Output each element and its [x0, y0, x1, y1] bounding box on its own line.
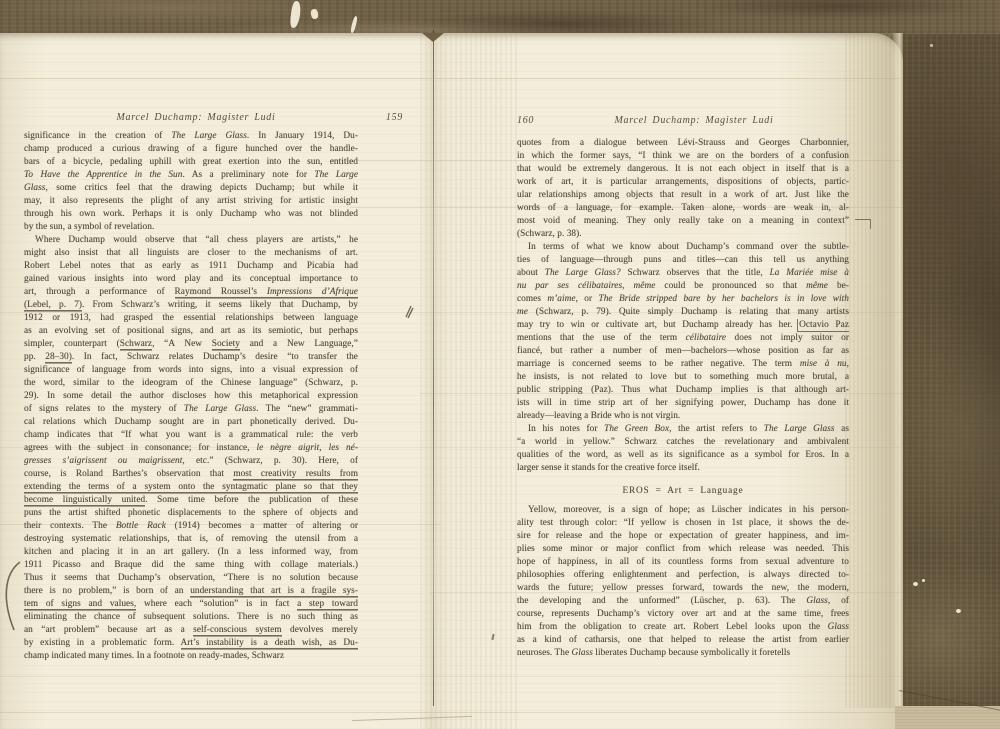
text-segment: through his own work. Perhaps it is only…	[24, 209, 358, 219]
text-line: him from the obligation to create art. R…	[517, 621, 849, 634]
text-segment: of signs relates to the mystery of	[24, 404, 184, 414]
text-segment: ality test through color: “If yellow is …	[517, 518, 849, 528]
text-line: wards the future; yellow presses forward…	[517, 582, 849, 595]
text-line: nu par ses célibataires, même could be p…	[517, 280, 849, 293]
text-segment: an “art problem” because art as a	[24, 625, 193, 635]
text-segment: 1911 Picasso and Braque did the same thi…	[24, 560, 358, 570]
pen-underlined-text: extending the terms of a system onto the…	[24, 482, 358, 492]
left-page-header: Marcel Duchamp: Magister Ludi 159	[24, 112, 358, 127]
text-segment: most void of meaning. They only really t…	[517, 216, 849, 226]
pen-underlined-text: become linguistically united	[24, 495, 145, 505]
text-segment: art, through a performance of	[24, 287, 175, 297]
text-segment: as an evolving set of positional signs, …	[24, 326, 358, 336]
text-segment: . From Schwarz’s writing, it seems likel…	[82, 300, 358, 310]
text-line: In terms of what we know about Duchamp’s…	[517, 241, 849, 254]
text-segment: ,	[847, 359, 849, 369]
text-line: in which the former says, “I think we ar…	[517, 150, 849, 163]
text-segment: significance in the creation of	[24, 131, 171, 141]
text-segment: already—leaving a Bride who is not virgi…	[517, 411, 680, 421]
text-segment: by existing in a problematic form.	[24, 638, 181, 648]
text-line: Glass, some critics feel that the drawin…	[24, 182, 358, 195]
text-segment: ties of language—through puns and titles…	[517, 255, 849, 265]
gutter-top-notch	[422, 33, 444, 42]
text-segment: and a New Language,”	[240, 339, 358, 349]
text-segment: sire for release and the hope or expecta…	[517, 531, 849, 541]
text-line: plies some minor or major conflict from …	[517, 543, 849, 556]
text-segment: , or	[576, 294, 599, 304]
text-segment: words of a language, for example. Taken …	[517, 203, 849, 213]
text-segment: cal relations which Duchamp sought are i…	[24, 417, 358, 427]
text-segment: as	[835, 424, 849, 434]
text-segment: m’aime	[547, 294, 575, 304]
pen-underlined-text: a step toward	[297, 599, 358, 609]
text-line: by the sun, a symbol of revelation.	[24, 221, 358, 234]
text-segment: wards the future; yellow presses forward…	[517, 583, 849, 593]
text-segment: liberates Duchamp because symbolically i…	[593, 648, 790, 658]
pen-underlined-text: self-conscious system	[193, 625, 281, 635]
text-line: In his notes for The Green Box, the arti…	[517, 423, 849, 436]
text-segment: Bottle Rack	[116, 521, 166, 531]
text-line: simpler, counterpart (Schwarz, “A New So…	[24, 338, 358, 351]
text-segment: puns the artist shifted phonetic displac…	[24, 508, 358, 518]
text-line: bars of a bicycle, pedaling uphill with …	[24, 156, 358, 169]
text-segment: champ produced a curious drawing of a fi…	[24, 144, 358, 154]
text-line: public stripping (Paz). Thus what Ducham…	[517, 384, 849, 397]
text-line: their contexts. The Bottle Rack (1914) b…	[24, 520, 358, 533]
text-segment: pp.	[24, 352, 45, 362]
text-segment: The Bride stripped bare by her bachelors…	[599, 294, 849, 304]
text-line: Thus it seems that Duchamp’s observation…	[24, 572, 358, 585]
text-segment: ists will in time strip art of her signi…	[517, 398, 849, 408]
text-line: hope of happiness, in all of its countle…	[517, 556, 849, 569]
text-segment: Robert Lebel notes that as early as 1911…	[24, 261, 358, 271]
text-segment: he insists, is not related to love but t…	[517, 372, 849, 382]
text-segment: The Large Glass	[184, 404, 256, 414]
text-segment: might also insist that all linguists are…	[24, 248, 358, 258]
text-segment: The Green Box	[604, 424, 669, 434]
pen-underlined-text: Schwarz	[120, 339, 152, 349]
text-line: mentions that the use of the term céliba…	[517, 332, 849, 345]
text-segment: champ indicates that “If what you want i…	[24, 430, 358, 440]
pen-gutter-mark	[404, 305, 414, 319]
text-line: gresses s’aigrissent ou maigrissent, etc…	[24, 455, 358, 468]
text-segment: célibataire	[686, 333, 726, 343]
left-page-text-column: significance in the creation of The Larg…	[24, 130, 358, 663]
text-line: marriage is concerned seems to be rather…	[517, 358, 849, 371]
text-line: significance in the creation of The Larg…	[24, 130, 358, 143]
section-heading: EROS = Art = Language	[517, 485, 849, 498]
text-segment: kitchen and placing it in an art gallery…	[24, 547, 358, 557]
text-segment: Glass	[828, 622, 849, 632]
text-segment: Schwarz observes that the title,	[621, 268, 770, 278]
text-segment: agrees with the subject in consonance; f…	[24, 443, 257, 453]
text-line: become linguistically united. Some time …	[24, 494, 358, 507]
text-line: Yellow, moreover, is a sign of hope; as …	[517, 504, 849, 517]
text-segment: mentions that the use of the term	[517, 333, 686, 343]
text-segment: The Large Glass	[171, 131, 247, 141]
text-segment: The Large	[314, 170, 358, 180]
text-segment: be-	[828, 281, 849, 291]
text-segment: nu par ses célibataires, même	[517, 281, 655, 291]
text-line: the developing and the unformed” (Lüsche…	[517, 595, 849, 608]
text-segment: Where Duchamp would observe that “all ch…	[35, 235, 358, 245]
text-line: eliminating the chance of subsequent sol…	[24, 611, 358, 624]
text-line: by existing in a problematic form. Art’s…	[24, 637, 358, 650]
text-line: puns the artist shifted phonetic displac…	[24, 507, 358, 520]
page-gutter-crease	[433, 30, 434, 706]
text-segment: In his notes for	[528, 424, 604, 434]
text-line: “a world in yellow.” Schwarz catches the…	[517, 436, 849, 449]
text-line: sire for release and the hope or expecta…	[517, 530, 849, 543]
text-segment: there is no problem,” is born of an	[24, 586, 190, 596]
text-line: comes m’aime, or The Bride stripped bare…	[517, 293, 849, 306]
text-line: work of art, it is particular arrangemen…	[517, 176, 849, 189]
scan-artifact-line	[0, 676, 903, 677]
right-page-number: 160	[517, 115, 534, 126]
text-line: philosophies offering enlightenment and …	[517, 569, 849, 582]
text-line: Robert Lebel notes that as early as 1911…	[24, 260, 358, 273]
pen-margin-arc	[0, 560, 22, 632]
scan-speck	[930, 44, 933, 47]
text-line: larger sense it stands for the creative …	[517, 462, 849, 475]
text-segment: public stripping (Paz). Thus what Ducham…	[517, 385, 849, 395]
text-segment: (Schwarz, p. 79). Quite simply Duchamp i…	[528, 307, 849, 317]
text-segment: . In January 1914, Du-	[247, 131, 358, 141]
scan-artifact-line	[0, 712, 1000, 713]
text-segment: The Large Glass	[764, 424, 835, 434]
text-segment: hope of happiness, in all of its countle…	[517, 557, 849, 567]
book-edge-bottom-right	[895, 706, 1000, 729]
right-page-header: 160 Marcel Duchamp: Magister Ludi	[517, 115, 849, 130]
text-segment: devolves merely	[282, 625, 358, 635]
text-segment: as a kind of catharsis, one that helped …	[517, 635, 849, 645]
page-gutter-shading	[420, 33, 520, 729]
text-segment: significance of language from words into…	[24, 365, 358, 375]
text-line: champ produced a curious drawing of a fi…	[24, 143, 358, 156]
text-segment: the developing and the unformed” (Lüsche…	[517, 596, 806, 606]
text-segment: where each “solution” is in fact	[136, 599, 297, 609]
pen-underlined-text: Impressions d’Afrique	[267, 287, 358, 297]
text-line: as an evolving set of positional signs, …	[24, 325, 358, 338]
text-segment: destroying systematic relationships, tha…	[24, 534, 358, 544]
text-line: pp. 28–30). In fact, Schwarz relates Duc…	[24, 351, 358, 364]
text-segment: Glass	[806, 596, 827, 606]
text-segment: neuroses. The	[517, 648, 572, 658]
text-segment: may try to win or cultivate art, but Duc…	[517, 320, 799, 330]
text-segment: Glass	[24, 183, 45, 193]
text-line: ists will in time strip art of her signi…	[517, 397, 849, 410]
text-segment: qualities of the word, as well as its si…	[517, 450, 849, 460]
left-page-number: 159	[386, 112, 403, 123]
text-line: might also insist that all linguists are…	[24, 247, 358, 260]
text-segment: ular relationships among objects that re…	[517, 190, 849, 200]
text-segment: (Schwarz, p. 38).	[517, 229, 582, 239]
text-line: qualities of the word, as well as its si…	[517, 449, 849, 462]
text-segment: , some critics feel that the drawing dep…	[45, 183, 358, 193]
scan-speck	[956, 609, 961, 613]
text-segment: about	[517, 268, 545, 278]
text-segment: le nègre aigrit, les né-	[257, 443, 358, 453]
page-left: Marcel Duchamp: Magister Ludi 159	[24, 112, 358, 127]
text-segment: EROS = Art = Language	[623, 486, 744, 496]
scanner-top-edge-band	[0, 0, 1000, 34]
left-running-title: Marcel Duchamp: Magister Ludi	[24, 112, 358, 123]
text-line: as a kind of catharsis, one that helped …	[517, 634, 849, 647]
text-line: there is no problem,” is born of an unde…	[24, 585, 358, 598]
text-segment: quotes from a dialogue between Lévi-Stra…	[517, 138, 849, 148]
text-segment: philosophies offering enlightenment and …	[517, 570, 849, 580]
text-segment: . Some time before the publication of th…	[145, 495, 358, 505]
pen-underlined-text: Raymond Roussel’s	[175, 287, 267, 297]
text-line: course, is Roland Barthes’s observation …	[24, 468, 358, 481]
text-segment: The Large Glass?	[545, 268, 621, 278]
text-line: ality test through color: “If yellow is …	[517, 517, 849, 530]
text-line: fiancé, but rather a number of men—bache…	[517, 345, 849, 358]
text-segment: 1912 or 1913, had grasped the essential …	[24, 313, 358, 323]
page-right: 160 Marcel Duchamp: Magister Ludi	[517, 115, 849, 130]
text-line: (Lebel, p. 7). From Schwarz’s writing, i…	[24, 299, 358, 312]
text-segment: me	[517, 307, 528, 317]
text-line: the word, similar to the ideogram of the…	[24, 377, 358, 390]
text-segment: La Mariée mise à	[770, 268, 849, 278]
text-line: quotes from a dialogue between Lévi-Stra…	[517, 137, 849, 150]
scanned-book-photocopy: Marcel Duchamp: Magister Ludi 159 signif…	[0, 0, 1000, 729]
text-segment: , the artist refers to	[669, 424, 764, 434]
pen-underlined-text: most creativity results from	[233, 469, 358, 479]
pen-underlined-text: 28–30)	[45, 352, 72, 362]
text-line: words of a language, for example. Taken …	[517, 202, 849, 215]
text-segment: 29). In some detail the author discloses…	[24, 391, 358, 401]
text-line: may try to win or cultivate art, but Duc…	[517, 319, 849, 332]
text-segment: that would be extremely dangerous. It is…	[517, 164, 849, 174]
text-segment: simpler, counterpart (	[24, 339, 120, 349]
text-line: through his own work. Perhaps it is only…	[24, 208, 358, 221]
text-segment: même	[806, 281, 828, 291]
text-segment: . In fact, Schwarz relates Duchamp’s des…	[72, 352, 358, 362]
text-line: art, through a performance of Raymond Ro…	[24, 286, 358, 299]
scan-speck	[922, 579, 925, 582]
text-segment: work of art, it is particular arrangemen…	[517, 177, 849, 187]
text-segment: , of	[828, 596, 849, 606]
text-segment: , etc.” (Schwarz, p. 30). Here, of	[182, 456, 358, 466]
text-segment: Glass	[572, 648, 593, 658]
text-line: tem of signs and values, where each “sol…	[24, 598, 358, 611]
text-segment: in which the former says, “I think we ar…	[517, 151, 849, 161]
text-line: destroying systematic relationships, tha…	[24, 533, 358, 546]
text-line: champ indicated many times. In a footnot…	[24, 650, 358, 663]
text-segment: Yellow, moreover, is a sign of hope; as …	[528, 505, 849, 515]
text-line: may, it also represents the plight of an…	[24, 195, 358, 208]
text-segment: could be pronounced so that	[655, 281, 806, 291]
text-line: ties of language—through puns and titles…	[517, 254, 849, 267]
text-segment: “a world in yellow.” Schwarz catches the…	[517, 437, 849, 447]
text-segment: (1914) becomes a matter of altering or	[166, 521, 358, 531]
pen-boxed-text: Octavio Paz	[799, 320, 849, 330]
text-segment: To Have the Apprentice in the Sun	[24, 170, 182, 180]
text-segment: comes	[517, 294, 547, 304]
text-line: that would be extremely dangerous. It is…	[517, 163, 849, 176]
pen-underlined-text: tem of signs and values,	[24, 599, 136, 609]
text-segment: fiancé, but rather a number of men—bache…	[517, 346, 849, 356]
text-segment: gresses s’aigrissent ou maigrissent	[24, 456, 182, 466]
pen-bracket-mark	[855, 219, 871, 229]
text-line: (Schwarz, p. 38).	[517, 228, 849, 241]
text-segment: course, is Roland Barthes’s observation …	[24, 469, 233, 479]
text-line: of signs relates to the mystery of The L…	[24, 403, 358, 416]
text-segment: the word, similar to the ideogram of the…	[24, 378, 358, 388]
text-segment: eliminating the chance of subsequent sol…	[24, 612, 358, 622]
text-segment: In terms of what we know about Duchamp’s…	[528, 242, 849, 252]
text-segment: does not imply suitor or	[726, 333, 849, 343]
pen-underlined-text: Art’s instability is a death wish, as Du…	[181, 638, 358, 648]
text-segment: mise à nu	[800, 359, 847, 369]
text-line: significance of language from words into…	[24, 364, 358, 377]
text-segment: him from the obligation to create art. R…	[517, 622, 828, 632]
scan-artifact-line	[0, 78, 900, 79]
text-line: kitchen and placing it in an art gallery…	[24, 546, 358, 559]
text-line: extending the terms of a system onto the…	[24, 481, 358, 494]
text-line: gained various insights into word play a…	[24, 273, 358, 286]
pen-underlined-text: understanding that art is a fragile sys-	[190, 586, 358, 596]
text-line: champ indicates that “If what you want i…	[24, 429, 358, 442]
text-segment: , “A New	[152, 339, 212, 349]
text-line: already—leaving a Bride who is not virgi…	[517, 410, 849, 423]
text-segment: their contexts. The	[24, 521, 116, 531]
right-page-edge-shading	[845, 33, 903, 708]
text-line: 29). In some detail the author discloses…	[24, 390, 358, 403]
text-segment: champ indicated many times. In a footnot…	[24, 651, 284, 661]
text-segment: bars of a bicycle, pedaling uphill with …	[24, 157, 358, 167]
text-line: cal relations which Duchamp sought are i…	[24, 416, 358, 429]
text-line: Where Duchamp would observe that “all ch…	[24, 234, 358, 247]
text-line: 1912 or 1913, had grasped the essential …	[24, 312, 358, 325]
text-segment: plies some minor or major conflict from …	[517, 544, 849, 554]
text-line: an “art problem” because art as a self-c…	[24, 624, 358, 637]
text-line: most void of meaning. They only really t…	[517, 215, 849, 228]
text-line: agrees with the subject in consonance; f…	[24, 442, 358, 455]
text-line: he insists, is not related to love but t…	[517, 371, 849, 384]
text-segment: larger sense it stands for the creative …	[517, 463, 700, 473]
text-line: course, represents Duchamp’s victory ove…	[517, 608, 849, 621]
text-line: neuroses. The Glass liberates Duchamp be…	[517, 647, 849, 660]
text-segment: course, represents Duchamp’s victory ove…	[517, 609, 849, 619]
text-segment: marriage is concerned seems to be rather…	[517, 359, 800, 369]
text-line: me (Schwarz, p. 79). Quite simply Ducham…	[517, 306, 849, 319]
text-line: about The Large Glass? Schwarz observes …	[517, 267, 849, 280]
text-segment: . As a preliminary note for	[182, 170, 314, 180]
text-line: To Have the Apprentice in the Sun. As a …	[24, 169, 358, 182]
text-segment: by the sun, a symbol of revelation.	[24, 222, 154, 232]
text-line: ular relationships among objects that re…	[517, 189, 849, 202]
pen-underlined-text: (Lebel, p. 7)	[24, 300, 82, 310]
right-running-title: Marcel Duchamp: Magister Ludi	[517, 115, 849, 126]
text-segment: may, it also represents the plight of an…	[24, 196, 358, 206]
text-line: 1911 Picasso and Braque did the same thi…	[24, 559, 358, 572]
right-page-text-column: quotes from a dialogue between Lévi-Stra…	[517, 137, 849, 660]
text-segment: gained various insights into word play a…	[24, 274, 358, 284]
pen-underlined-text: Society	[212, 339, 240, 349]
scan-speck	[913, 582, 918, 586]
text-segment: Thus it seems that Duchamp’s observation…	[24, 573, 358, 583]
text-segment: . The “new” grammati-	[256, 404, 358, 414]
